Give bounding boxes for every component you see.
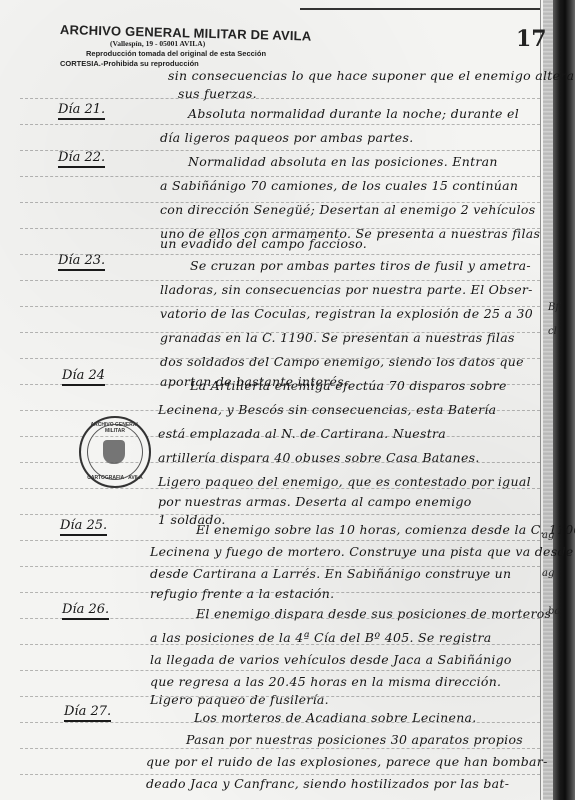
ruled-line xyxy=(20,124,540,125)
day-label-26: Día 26. xyxy=(62,602,109,620)
entry-line: dos soldados del Campo enemigo, siendo l… xyxy=(160,354,524,369)
right-margin-line xyxy=(540,0,541,800)
page-edge xyxy=(543,0,553,800)
continuation-line: sin consecuencias lo que hace suponer qu… xyxy=(168,68,574,83)
entry-line: vatorio de las Coculas, registran la exp… xyxy=(160,306,533,321)
entry-line: Absoluta normalidad durante la noche; du… xyxy=(188,106,519,121)
book-binding xyxy=(553,0,575,800)
folio-number: 17 xyxy=(516,26,547,52)
entry-line: la llegada de varios vehículos desde Jac… xyxy=(150,652,512,667)
stamp-bottom-text: CARTOGRAFIA · AVILA xyxy=(81,475,149,481)
ruled-line xyxy=(20,280,540,281)
entry-line: La Artillería enemiga efectúa 70 disparo… xyxy=(190,378,507,393)
ruled-line xyxy=(20,176,540,177)
day-label-23: Día 23. xyxy=(58,253,105,271)
entry-line: deado Jaca y Canfranc, siendo hostilizad… xyxy=(146,776,509,791)
entry-line: lladoras, sin consecuencias por nuestra … xyxy=(160,282,533,297)
courtesy-note: CORTESIA.-Prohibida su reproducción xyxy=(60,59,320,68)
continuation-line: sus fuerzas. xyxy=(178,86,257,101)
archive-header: ARCHIVO GENERAL MILITAR DE AVILA (Valles… xyxy=(60,22,320,68)
ruled-line xyxy=(20,540,540,541)
ruled-line xyxy=(20,670,540,671)
ruled-line xyxy=(20,514,540,515)
entry-line: Pasan por nuestras posiciones 30 aparato… xyxy=(186,732,523,747)
day-label-24: Día 24 xyxy=(62,368,105,386)
entry-line: Los morteros de Acadiana sobre Lecinena. xyxy=(194,710,477,725)
margin-note: ag xyxy=(542,568,554,579)
entry-line: Lecinena y fuego de mortero. Construye u… xyxy=(150,544,573,559)
ruled-line xyxy=(20,748,540,749)
ruled-line xyxy=(20,98,540,99)
stamp-top-text: ARCHIVO GENERAL MILITAR xyxy=(81,422,149,434)
archive-seal-stamp: ARCHIVO GENERAL MILITAR CARTOGRAFIA · AV… xyxy=(79,416,151,488)
entry-line: Se cruzan por ambas partes tiros de fusi… xyxy=(190,258,531,273)
margin-note: Bf xyxy=(548,302,559,313)
entry-line: granadas en la C. 1190. Se presentan a n… xyxy=(160,330,515,345)
day-label-21: Día 21. xyxy=(58,102,105,120)
entry-line: desde Cartirana a Larrés. En Sabiñánigo … xyxy=(150,566,511,581)
margin-note: ag xyxy=(542,530,554,541)
day-label-22: Día 22. xyxy=(58,150,105,168)
entry-line: día ligeros paqueos por ambas partes. xyxy=(160,130,414,145)
margin-note: cl xyxy=(548,326,557,337)
entry-line: Ligero paqueo del enemigo, que es contes… xyxy=(158,474,531,489)
entry-line: Ligero paqueo de fusilería. xyxy=(150,692,329,707)
margin-note: ba xyxy=(548,606,560,617)
entry-line: que por el ruido de las explosiones, par… xyxy=(146,754,548,769)
reproduction-note: Reproducción tomada del original de esta… xyxy=(86,49,320,58)
entry-line: a las posiciones de la 4ª Cía del Bº 405… xyxy=(150,630,492,645)
scanned-document-page: ARCHIVO GENERAL MILITAR DE AVILA (Valles… xyxy=(0,0,575,800)
day-label-27: Día 27. xyxy=(64,704,111,722)
entry-line: un evadido del campo faccioso. xyxy=(160,236,367,251)
entry-line: por nuestras armas. Deserta al campo ene… xyxy=(158,494,472,509)
entry-line: Normalidad absoluta en las posiciones. E… xyxy=(188,154,498,169)
entry-line: con dirección Senegüé; Desertan al enemi… xyxy=(160,202,535,217)
entry-line: que regresa a las 20.45 horas en la mism… xyxy=(150,674,501,689)
entry-line: a Sabiñánigo 70 camiones, de los cuales … xyxy=(160,178,518,193)
coat-of-arms-icon xyxy=(103,440,125,464)
entry-line: El enemigo dispara desde sus posiciones … xyxy=(196,606,551,621)
entry-line: artillería dispara 40 obuses sobre Casa … xyxy=(158,450,480,465)
ruled-line xyxy=(20,774,540,775)
top-frame-line xyxy=(300,0,540,10)
day-label-25: Día 25. xyxy=(60,518,107,536)
entry-line: Lecinena, y Bescós sin consecuencias, es… xyxy=(158,402,496,417)
entry-line: está emplazada al N. de Cartirana. Nuest… xyxy=(158,426,446,441)
entry-line: refugio frente a la estación. xyxy=(150,586,334,601)
entry-line: El enemigo sobre las 10 horas, comienza … xyxy=(196,522,575,537)
